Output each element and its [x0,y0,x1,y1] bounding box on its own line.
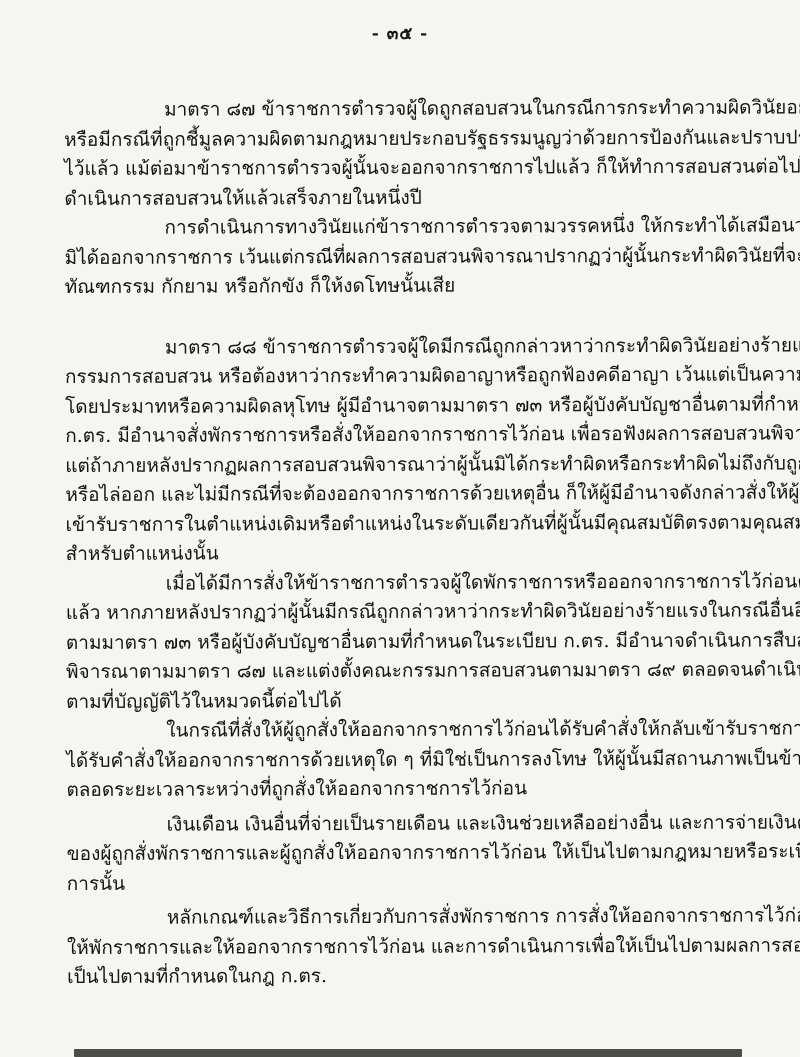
text-line: ตลอดระยะเวลาระหว่างที่ถูกสั่งให้ออกจากรา… [66,774,752,806]
text-line: ตามที่บัญญัติไว้ในหมวดนี้ต่อไปได้ [66,685,752,717]
text-line: ดำเนินการสอบสวนให้แล้วเสร็จภายในหนึ่งปี [64,182,750,214]
text-line: หรือมีกรณีที่ถูกชี้มูลความผิดตามกฎหมายปร… [64,123,750,155]
document-body: มาตรา ๘๗ ข้าราชการตำรวจผู้ใดถูกสอบสวนในก… [64,94,753,993]
paragraph-section-87-2: การดำเนินการทางวินัยแก่ข้าราชการตำรวจตาม… [64,212,750,303]
text-line: การนั้น [67,867,753,899]
text-line: โดยประมาทหรือความผิดลหุโทษ ผู้มีอำนาจตาม… [65,390,751,422]
text-line: เงินเดือน เงินอื่นที่จ่ายเป็นรายเดือน แล… [66,808,752,840]
text-line: ทัณฑกรรม กักยาม หรือกักขัง ก็ให้งดโทษนั้… [65,271,751,303]
text-line: ของผู้ถูกสั่งพักราชการและผู้ถูกสั่งให้ออ… [67,838,753,870]
paragraph-section-88-1: มาตรา ๘๘ ข้าราชการตำรวจผู้ใดมีกรณีถูกกล่… [65,331,752,569]
text-line: พิจารณาตามมาตรา ๘๗ และแต่งตั้งคณะกรรมการ… [66,656,752,688]
text-line: มาตรา ๘๗ ข้าราชการตำรวจผู้ใดถูกสอบสวนในก… [64,94,750,126]
paragraph-section-88-2: เมื่อได้มีการสั่งให้ข้าราชการตำรวจผู้ใดพ… [66,567,753,717]
scanned-document-page: - ๓๕ - มาตรา ๘๗ ข้าราชการตำรวจผู้ใดถูกสอ… [0,0,800,1057]
text-line: สำหรับตำแหน่งนั้น [66,538,752,570]
text-line: ในกรณีที่สั่งให้ผู้ถูกสั่งให้ออกจากราชกา… [66,715,752,747]
paragraph-section-87-1: มาตรา ๘๗ ข้าราชการตำรวจผู้ใดถูกสอบสวนในก… [64,94,750,214]
text-line: กรรมการสอบสวน หรือต้องหาว่ากระทำความผิดอ… [65,361,751,393]
text-line: มาตรา ๘๘ ข้าราชการตำรวจผู้ใดมีกรณีถูกกล่… [65,331,751,363]
text-line: ก.ตร. มีอำนาจสั่งพักราชการหรือสั่งให้ออก… [65,420,751,452]
text-line: หรือไล่ออก และไม่มีกรณีที่จะต้องออกจากรา… [65,479,751,511]
text-line: ได้รับคำสั่งให้ออกจากราชการด้วยเหตุใด ๆ … [66,744,752,776]
text-line: ไว้แล้ว แม้ต่อมาข้าราชการตำรวจผู้นั้นจะอ… [64,153,750,185]
text-line: การดำเนินการทางวินัยแก่ข้าราชการตำรวจตาม… [64,212,750,244]
text-line: ตามมาตรา ๗๓ หรือผู้บังคับบัญชาอื่นตามที่… [66,626,752,658]
text-line: ให้พักราชการและให้ออกจากราชการไว้ก่อน แล… [67,931,753,963]
paragraph-section-88-4: เงินเดือน เงินอื่นที่จ่ายเป็นรายเดือน แล… [66,808,752,899]
paragraph-section-88-5: หลักเกณฑ์และวิธีการเกี่ยวกับการสั่งพักรา… [67,902,753,993]
paragraph-section-88-3: ในกรณีที่สั่งให้ผู้ถูกสั่งให้ออกจากราชกา… [66,715,752,806]
text-line: หลักเกณฑ์และวิธีการเกี่ยวกับการสั่งพักรา… [67,902,753,934]
text-line: มิได้ออกจากราชการ เว้นแต่กรณีที่ผลการสอบ… [65,241,751,273]
text-line: แล้ว หากภายหลังปรากฏว่าผู้นั้นมีกรณีถูกก… [66,597,752,629]
text-line: แต่ถ้าภายหลังปรากฏผลการสอบสวนพิจารณาว่าผ… [65,449,751,481]
text-line: เข้ารับราชการในตำแหน่งเดิมหรือตำแหน่งในร… [65,508,751,540]
text-line: เมื่อได้มีการสั่งให้ข้าราชการตำรวจผู้ใดพ… [66,567,752,599]
scan-edge-artifact [74,1049,742,1057]
text-line: เป็นไปตามที่กำหนดในกฎ ก.ตร. [67,961,753,993]
page-number: - ๓๕ - [0,20,800,47]
